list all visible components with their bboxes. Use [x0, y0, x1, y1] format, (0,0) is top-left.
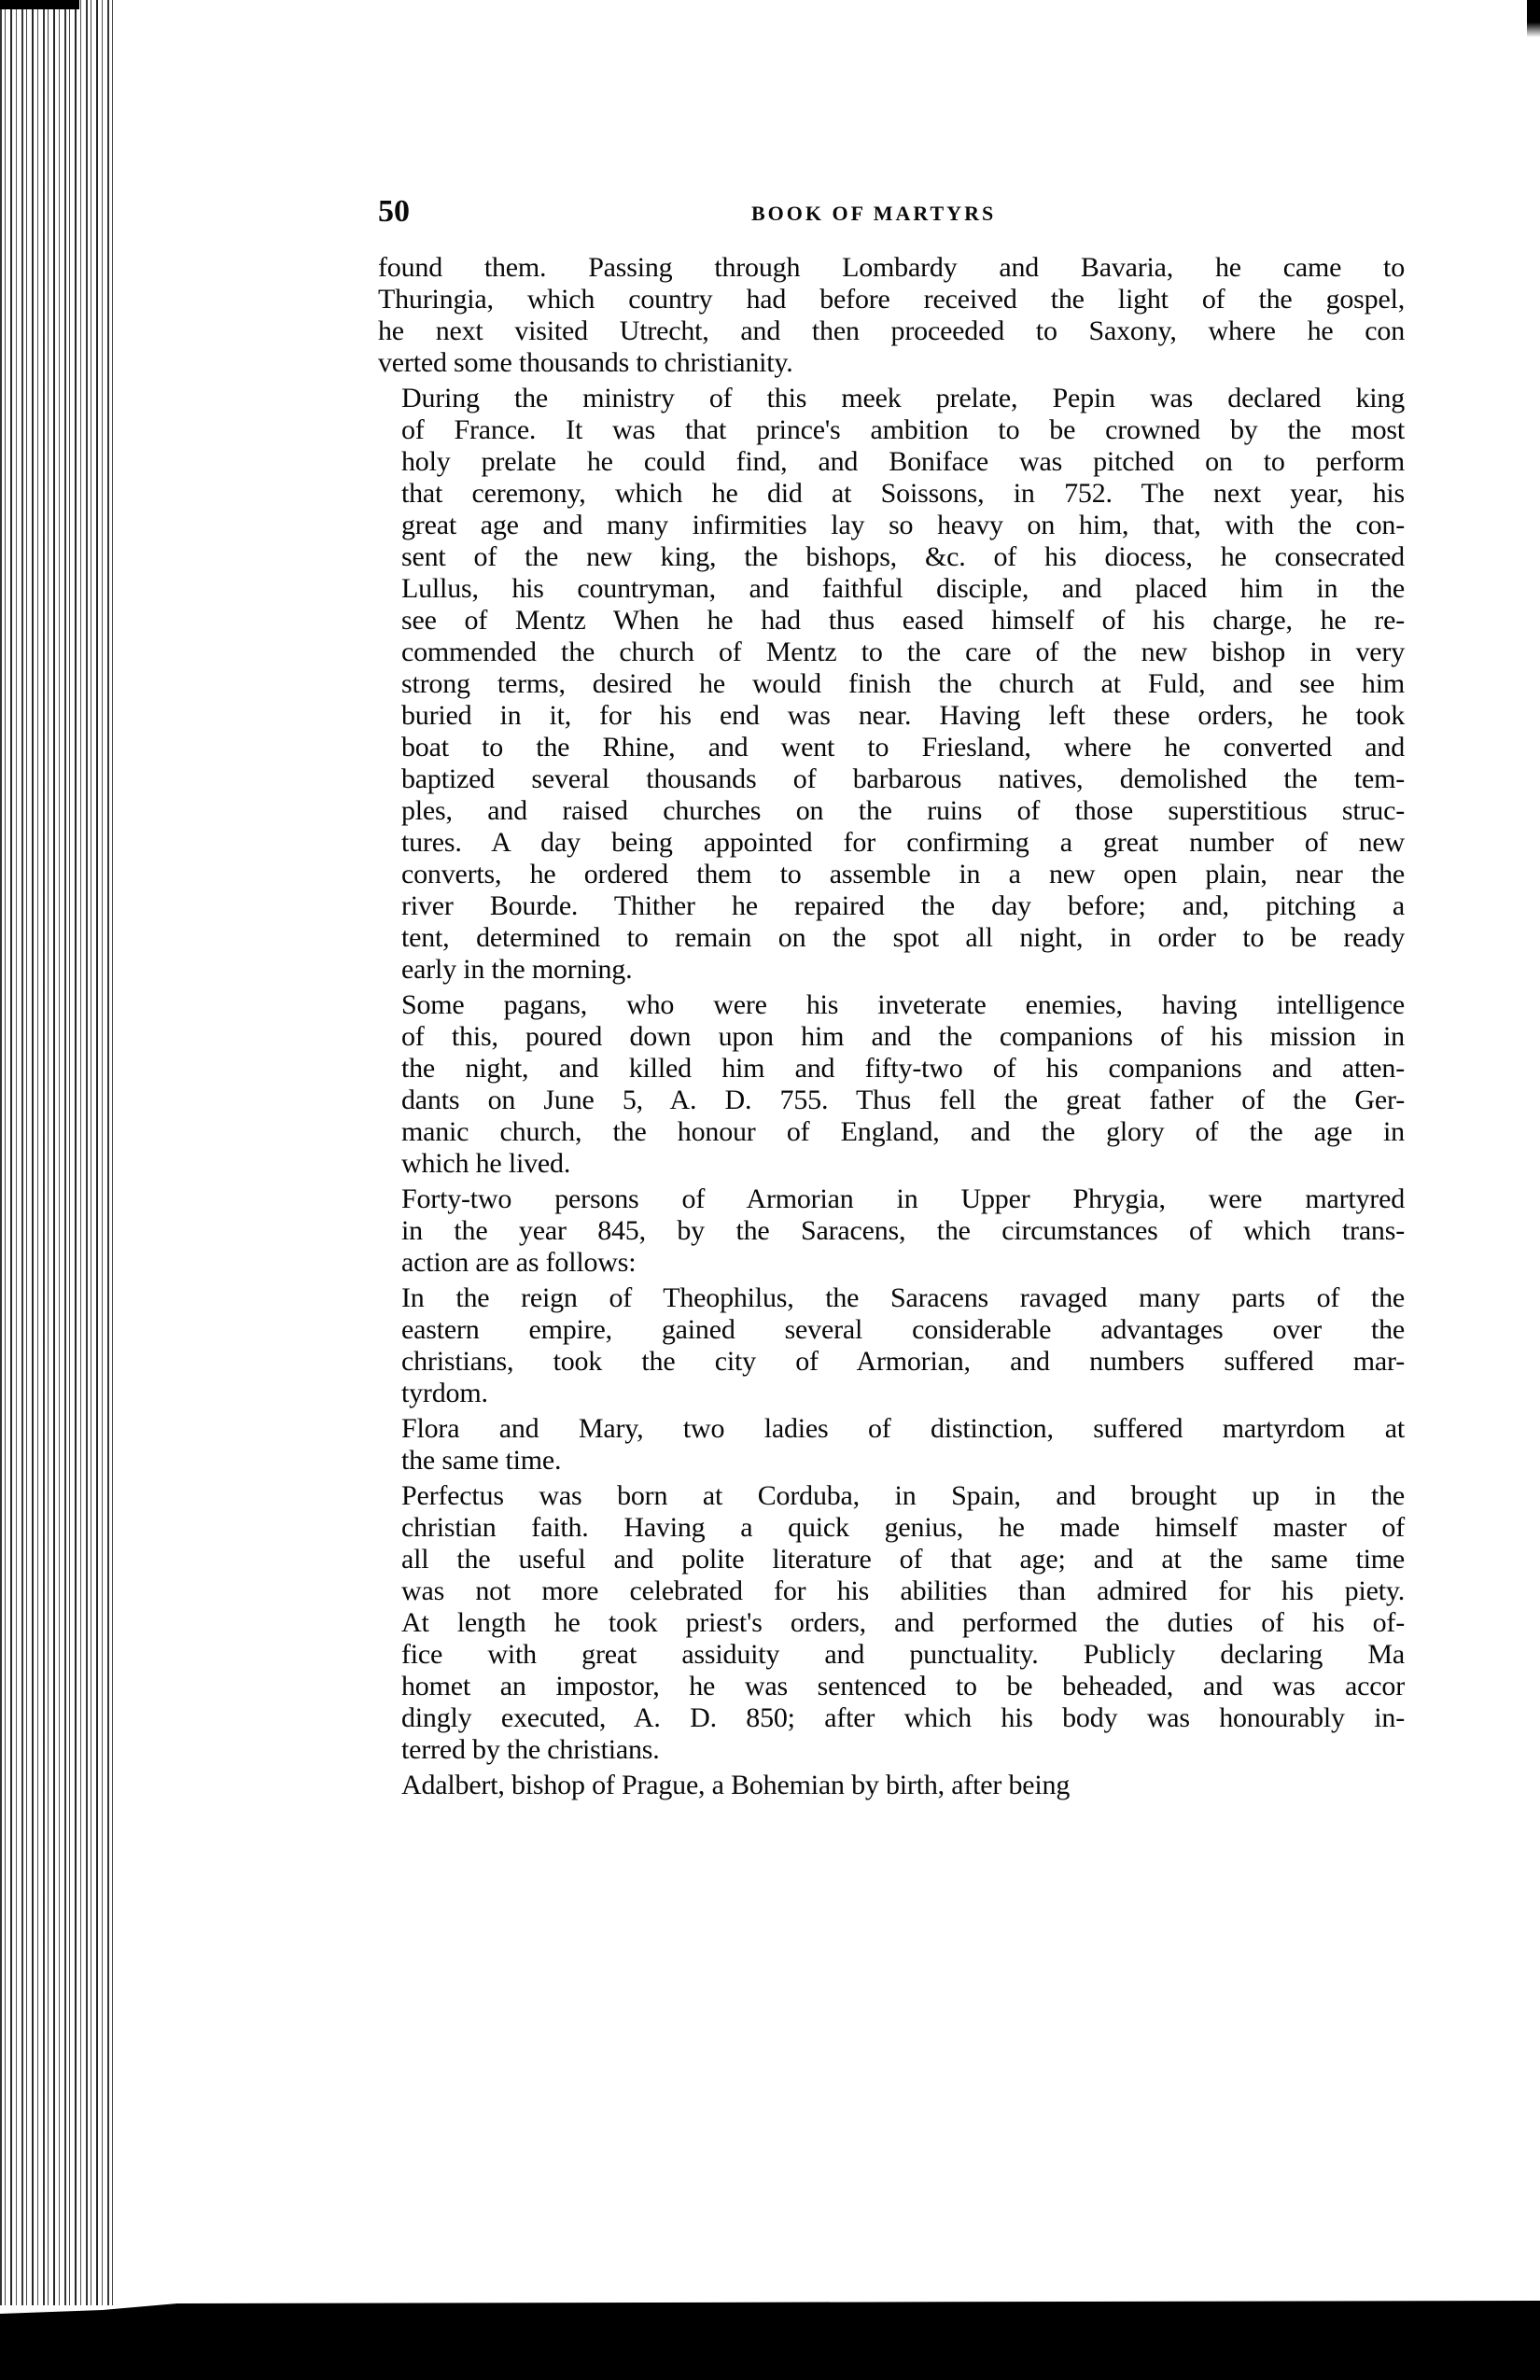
text-line: Adalbert, bishop of Prague, a Bohemian b…: [378, 1770, 1405, 1801]
text-line: Thuringia, which country had before rece…: [378, 284, 1405, 315]
text-line: in the year 845, by the Saracens, the ci…: [378, 1215, 1405, 1247]
text-line: tyrdom.: [378, 1378, 1405, 1409]
text-line: holy prelate he could find, and Boniface…: [378, 446, 1405, 478]
scan-bottom-border: [0, 2301, 1540, 2380]
body-text: found them. Passing through Lombardy and…: [378, 252, 1405, 1801]
text-line: tures. A day being appointed for confirm…: [378, 827, 1405, 859]
text-line: great age and many infirmities lay so he…: [378, 510, 1405, 541]
text-line: early in the morning.: [378, 954, 1405, 986]
text-line: all the useful and polite literature of …: [378, 1544, 1405, 1575]
text-line: strong terms, desired he would finish th…: [378, 668, 1405, 700]
text-line: Lullus, his countryman, and faithful dis…: [378, 573, 1405, 605]
paragraph: Perfectus was born at Corduba, in Spain,…: [378, 1480, 1405, 1766]
book-binding-edge: [0, 0, 117, 2305]
text-line: terred by the christians.: [378, 1734, 1405, 1766]
text-line: action are as follows:: [378, 1247, 1405, 1279]
text-line: Perfectus was born at Corduba, in Spain,…: [378, 1480, 1405, 1512]
text-line: In the reign of Theophilus, the Saracens…: [378, 1282, 1405, 1314]
text-line: see of Mentz When he had thus eased hims…: [378, 605, 1405, 637]
text-line: During the ministry of this meek prelate…: [378, 383, 1405, 414]
text-line: dingly executed, A. D. 850; after which …: [378, 1702, 1405, 1734]
text-line: river Bourde. Thither he repaired the da…: [378, 890, 1405, 922]
paragraph: Some pagans, who were his inveterate ene…: [378, 989, 1405, 1180]
scan-corner-shadow: [1527, 0, 1540, 37]
binding-top-shadow: [0, 0, 79, 9]
text-line: boat to the Rhine, and went to Friesland…: [378, 732, 1405, 763]
text-line: fice with great assiduity and punctualit…: [378, 1639, 1405, 1671]
text-line: ples, and raised churches on the ruins o…: [378, 795, 1405, 827]
text-line: Some pagans, who were his inveterate ene…: [378, 989, 1405, 1021]
paragraph: In the reign of Theophilus, the Saracens…: [378, 1282, 1405, 1409]
text-line: the same time.: [378, 1445, 1405, 1477]
page-number: 50: [378, 194, 410, 230]
book-page: 50 BOOK OF MARTYRS found them. Passing t…: [378, 194, 1405, 1801]
text-line: was not more celebrated for his abilitie…: [378, 1575, 1405, 1607]
text-line: the night, and killed him and fifty-two …: [378, 1053, 1405, 1085]
text-line: found them. Passing through Lombardy and…: [378, 252, 1405, 284]
text-line: manic church, the honour of England, and…: [378, 1116, 1405, 1148]
text-line: christian faith. Having a quick genius, …: [378, 1512, 1405, 1544]
running-title: BOOK OF MARTYRS: [751, 202, 996, 226]
text-line: of this, poured down upon him and the co…: [378, 1021, 1405, 1053]
text-line: he next visited Utrecht, and then procee…: [378, 315, 1405, 347]
text-line: that ceremony, which he did at Soissons,…: [378, 478, 1405, 510]
text-line: of France. It was that prince's ambition…: [378, 414, 1405, 446]
paragraph: During the ministry of this meek prelate…: [378, 383, 1405, 986]
paragraph: found them. Passing through Lombardy and…: [378, 252, 1405, 379]
text-line: verted some thousands to christianity.: [378, 347, 1405, 379]
paragraph: Adalbert, bishop of Prague, a Bohemian b…: [378, 1770, 1405, 1801]
text-line: dants on June 5, A. D. 755. Thus fell th…: [378, 1085, 1405, 1116]
text-line: sent of the new king, the bishops, &c. o…: [378, 541, 1405, 573]
text-line: Forty-two persons of Armorian in Upper P…: [378, 1183, 1405, 1215]
text-line: At length he took priest's orders, and p…: [378, 1607, 1405, 1639]
text-line: christians, took the city of Armorian, a…: [378, 1346, 1405, 1378]
text-line: tent, determined to remain on the spot a…: [378, 922, 1405, 954]
text-line: homet an impostor, he was sentenced to b…: [378, 1671, 1405, 1702]
text-line: commended the church of Mentz to the car…: [378, 637, 1405, 668]
text-line: baptized several thousands of barbarous …: [378, 763, 1405, 795]
text-line: buried in it, for his end was near. Havi…: [378, 700, 1405, 732]
running-head: 50 BOOK OF MARTYRS: [378, 194, 1405, 239]
text-line: converts, he ordered them to assemble in…: [378, 859, 1405, 890]
text-line: which he lived.: [378, 1148, 1405, 1180]
text-line: eastern empire, gained several considera…: [378, 1314, 1405, 1346]
paragraph: Flora and Mary, two ladies of distinctio…: [378, 1413, 1405, 1477]
text-line: Flora and Mary, two ladies of distinctio…: [378, 1413, 1405, 1445]
paragraph: Forty-two persons of Armorian in Upper P…: [378, 1183, 1405, 1279]
